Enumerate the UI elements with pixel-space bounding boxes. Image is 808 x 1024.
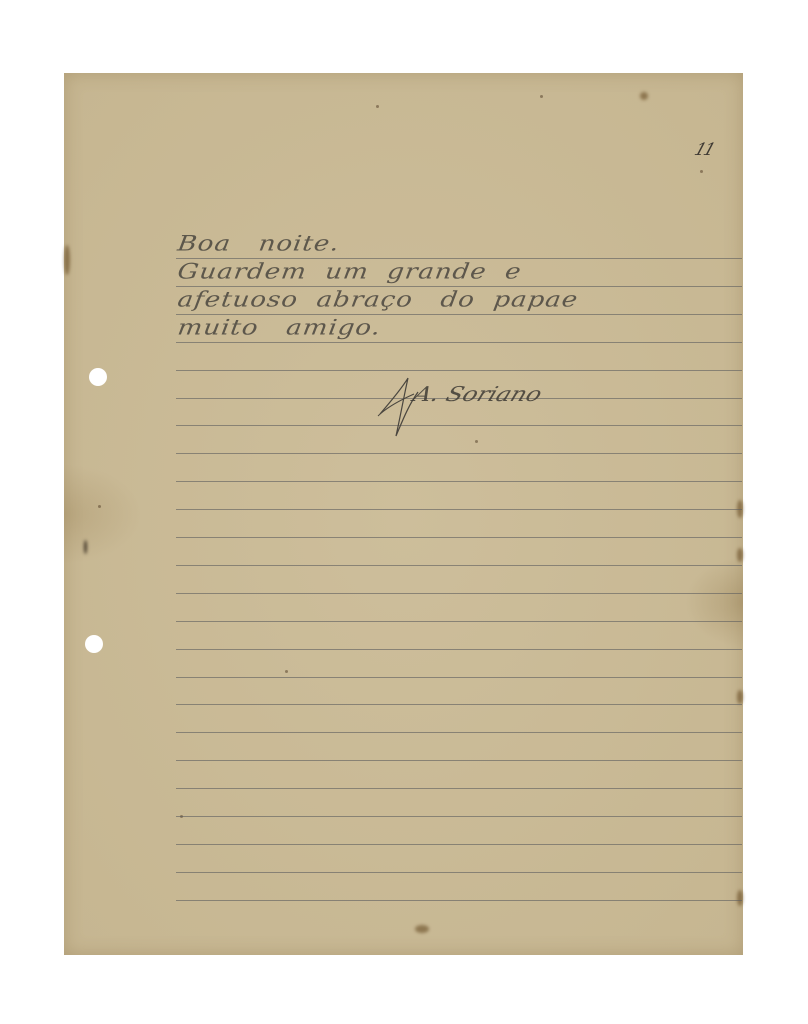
ruled-line (176, 509, 742, 510)
handwritten-line-3: afetuoso abraço do papae (176, 287, 580, 312)
speck (700, 170, 703, 173)
punch-hole-top (89, 368, 107, 386)
stain-mark (737, 690, 743, 704)
ruled-line (176, 788, 742, 789)
speck (540, 95, 543, 98)
speck (376, 105, 379, 108)
ruled-line (176, 621, 742, 622)
speck (98, 505, 101, 508)
handwritten-line-4: muito amigo. (176, 315, 383, 340)
speck (475, 440, 478, 443)
ruled-line (176, 704, 742, 705)
letter-page (64, 73, 743, 955)
ruled-line (176, 872, 742, 873)
ruled-line (176, 425, 742, 426)
signature: A. Soriano (410, 382, 546, 406)
stain-mark (84, 540, 87, 554)
ruled-line (176, 537, 742, 538)
stain-mark (737, 548, 743, 562)
punch-hole-bottom (85, 635, 103, 653)
ruled-line (176, 844, 742, 845)
ruled-line (176, 481, 742, 482)
stain-mark (640, 92, 648, 100)
ruled-line (176, 370, 742, 371)
ruled-line (176, 649, 742, 650)
stain-mark (737, 890, 743, 906)
ruled-line (176, 565, 742, 566)
ruled-line (176, 900, 742, 901)
speck (285, 670, 288, 673)
handwritten-line-1: Boa noite. (176, 231, 341, 256)
ruled-line (176, 760, 742, 761)
handwritten-line-2: Guardem um grande e (176, 259, 523, 284)
stain-mark (415, 925, 429, 933)
stain-mark (64, 245, 70, 275)
ruled-line (176, 342, 742, 343)
ruled-line (176, 453, 742, 454)
ruled-line (176, 593, 742, 594)
ruled-line (176, 732, 742, 733)
ruled-line (176, 816, 742, 817)
ruled-line (176, 677, 742, 678)
